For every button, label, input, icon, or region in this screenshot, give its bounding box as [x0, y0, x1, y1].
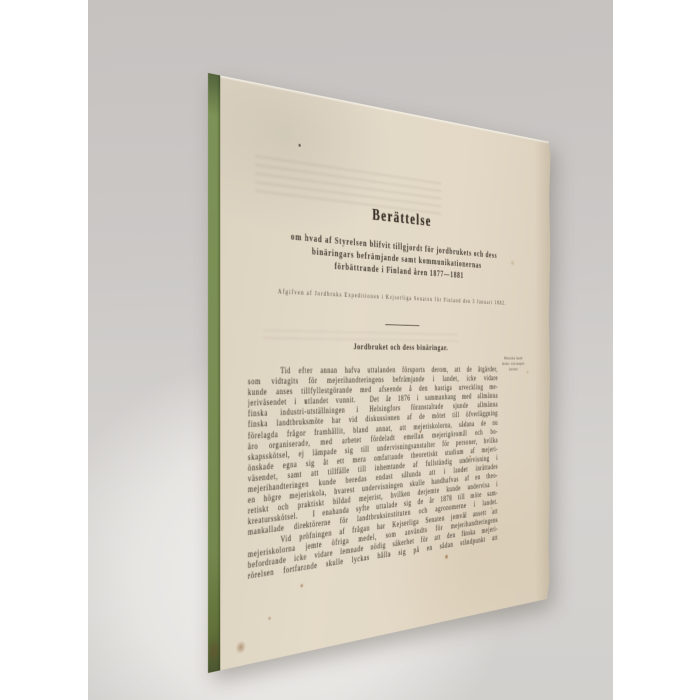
foxing-stain [268, 616, 272, 621]
green-cloth-spine [208, 73, 220, 673]
pamphlet-front-page: Berättelse om hvad af Styrelsen blifvit … [208, 73, 550, 673]
foxing-stain [510, 260, 515, 266]
foxing-stain [235, 640, 246, 654]
foxing-stain [300, 583, 304, 588]
foxing-stain [444, 554, 448, 560]
ink-speck [299, 144, 301, 147]
issued-by-line: Afgifven af Jordbruks Expeditionen i Kej… [240, 286, 531, 308]
section-heading: Jordbruket och dess binäringar. [240, 341, 531, 353]
foxing-stain [526, 370, 528, 374]
divider-rule [385, 324, 419, 326]
body-text: Tid efter annan hafva uttalanden förspor… [248, 365, 498, 582]
pamphlet-shadow-wrapper: Berättelse om hvad af Styrelsen blifvit … [208, 73, 613, 673]
photo-backdrop: Berättelse om hvad af Styrelsen blifvit … [88, 0, 613, 700]
title-block: Berättelse om hvad af Styrelsen blifvit … [240, 189, 531, 353]
